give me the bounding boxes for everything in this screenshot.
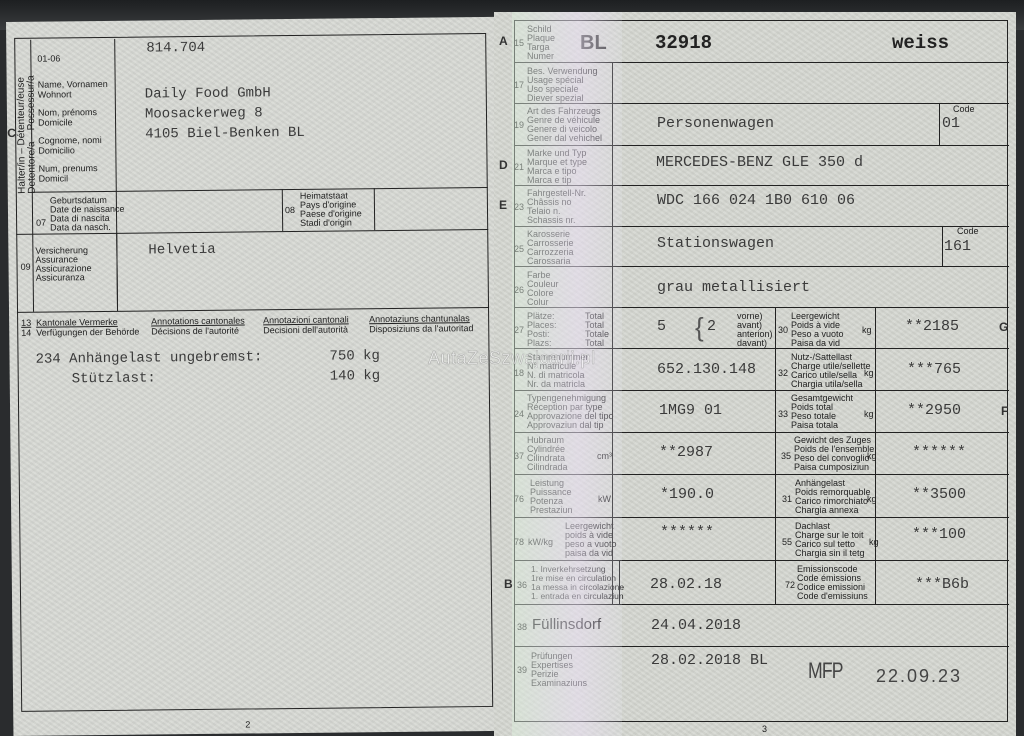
field-31-number: 31 [782,494,792,504]
field-33-number: 33 [778,409,788,419]
displacement-value: **2987 [659,444,713,461]
code-label: Code [953,104,975,114]
field-label: Paisa cumposiziun [794,462,869,472]
field-32-number: 32 [778,368,788,378]
field-label: Paisa da vid [791,338,840,348]
unit-label: kW [598,494,611,504]
field-label: Colur [527,297,549,307]
field-label: Total [585,338,604,348]
field-15-number: 15 [514,38,524,48]
code-label: Code [957,226,979,236]
field-label: davant) [737,338,767,348]
vehicle-type-value: Personenwagen [657,115,774,132]
master-number-value: 652.130.148 [657,361,756,378]
field-36-number: 36 [517,580,527,590]
field-label: Marca e tip [527,175,572,185]
total-weight-value: **2950 [907,402,961,419]
field-26-number: 26 [514,285,524,295]
body-type-value: Stationswagen [657,235,774,252]
field-39-number: 39 [517,665,527,675]
payload-value: ***765 [907,361,961,378]
field-label: Nr. da matricla [527,379,585,389]
field-label: Plazs: [527,338,552,348]
roof-load-value: ***100 [912,526,966,543]
field-label: Prestaziun [530,505,573,515]
field-label: Numer [527,51,554,61]
field-25-number: 25 [514,244,524,254]
unit-label: kg [867,451,877,461]
field-label: 1. entrada en circulaziun [531,591,624,601]
section-letter-f: F [1001,404,1008,418]
power-weight-value: ****** [660,524,714,541]
make-model-value: MERCEDES-BENZ GLE 350 d [656,154,863,171]
plate-color: weiss [892,32,949,54]
unit-label: cm³ [597,451,612,461]
field-18-number: 18 [514,368,524,378]
chassis-number-value: WDC 166 024 1B0 610 06 [657,192,855,209]
field-55-number: 55 [782,537,792,547]
field-label: Examinaziuns [531,678,587,688]
field-78-number: 78 [514,537,524,547]
seats-total-value: 5 [657,318,666,335]
field-24-number: 24 [514,409,524,419]
field-35-number: 35 [781,451,791,461]
color-value: grau metallisiert [657,279,810,296]
field-23-number: 23 [514,202,524,212]
plate-number: 32918 [655,32,712,54]
body-type-code: 161 [944,238,971,255]
section-letter-e: E [499,198,507,212]
emissions-code-value: ***B6b [915,576,969,593]
unit-label: kW/kg [528,537,553,547]
section-letter-a: A [499,34,508,48]
vehicle-type-code: 01 [942,115,960,132]
inspection-stamp-date: 22.09.23 [876,666,962,687]
section-letter-d: D [499,158,508,172]
field-37-number: 37 [514,451,524,461]
field-21-number: 21 [514,162,524,172]
field-label: Code d'emissiuns [797,591,868,601]
first-registration-value: 28.02.18 [650,576,722,593]
issue-place: Füllinsdorf [532,616,601,633]
field-30-number: 30 [778,325,788,335]
field-label: paisa da vid [565,548,613,558]
field-label: Cilindrada [527,462,568,472]
unit-label: kg [869,537,879,547]
seats-brace: { [695,312,704,343]
field-38-number: 38 [517,622,527,632]
unit-label: kg [864,368,874,378]
field-label: Chargia sin il tetg [795,548,865,558]
field-label: Schassis nr. [527,215,576,225]
trailer-load-value: **3500 [912,486,966,503]
unit-label: kg [862,325,872,335]
section-letter-b: B [504,577,513,591]
field-17-number: 17 [514,80,524,90]
power-value: *190.0 [660,486,714,503]
field-label: Chargia utila/sella [791,379,863,389]
field-76-number: 76 [514,494,524,504]
field-27-number: 27 [514,325,524,335]
field-label: Approvaziun dal tip [527,420,604,430]
field-label: Carossaria [527,256,571,266]
field-72-number: 72 [785,580,795,590]
issue-date: 24.04.2018 [651,617,741,634]
type-approval-value: 1MG9 01 [659,402,722,419]
field-label: Diever spezial [527,93,584,103]
field-19-number: 19 [514,120,524,130]
section-letter-g: G [999,320,1008,334]
inspection-value: 28.02.2018 BL [651,652,768,669]
watermark: AutaZeSzwajcarii.pl [428,348,596,369]
unit-label: kg [867,494,877,504]
train-weight-value: ****** [912,444,966,461]
field-label: Paisa totala [791,420,838,430]
empty-weight-value: **2185 [905,318,959,335]
field-label: Chargia annexa [795,505,859,515]
plate-canton: BL [580,32,607,55]
field-label: Gener dal vehichel [527,133,602,143]
unit-label: kg [864,409,874,419]
seats-front-value: 2 [707,318,716,335]
inspection-stamp: MFP [808,658,843,684]
